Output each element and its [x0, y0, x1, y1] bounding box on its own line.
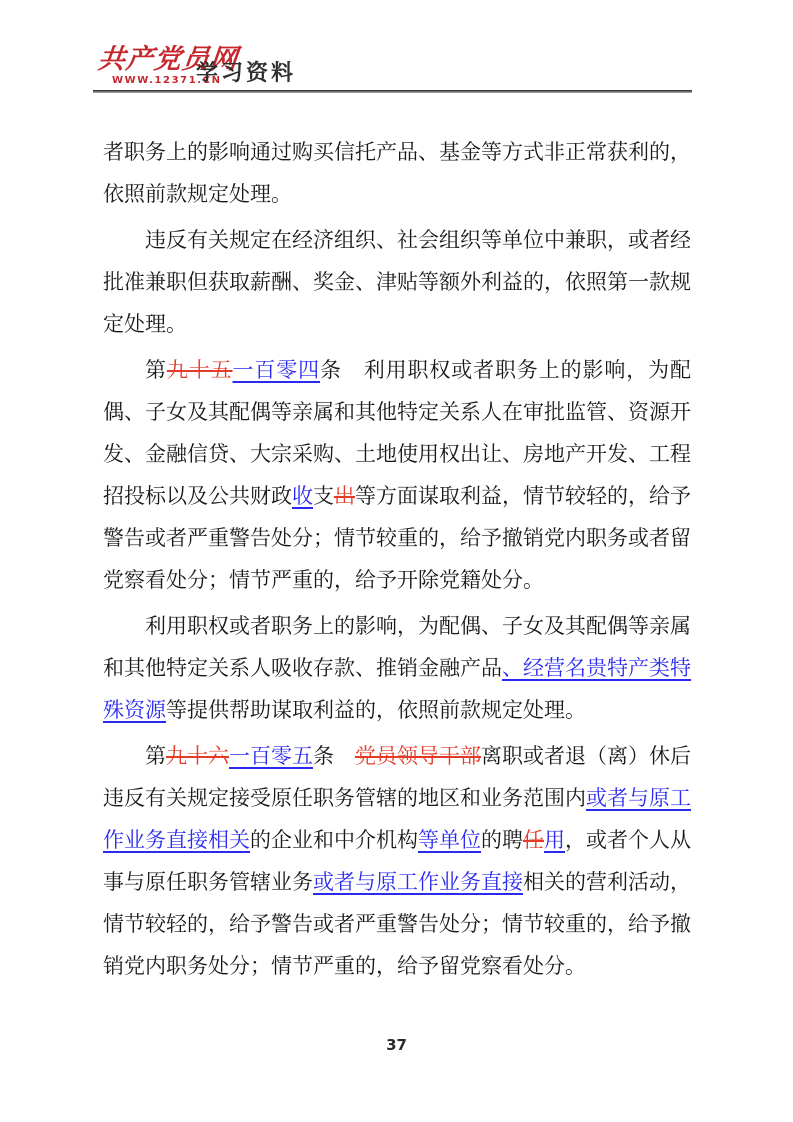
- page-number: 37: [386, 1036, 407, 1054]
- deleted-text: 任: [523, 828, 544, 852]
- inserted-text: 收: [292, 484, 313, 508]
- inserted-text: 等单位: [418, 828, 481, 852]
- body-text: 第: [145, 744, 166, 768]
- body-text: 违反有关规定在经济组织、社会组织等单位中兼职，或者经批准兼职但获取薪酬、奖金、津…: [103, 228, 691, 336]
- body-text: 的聘: [481, 828, 523, 852]
- body-text: 支: [313, 484, 334, 508]
- deleted-text: 九十六: [166, 744, 229, 768]
- paragraph-2: 违反有关规定在经济组织、社会组织等单位中兼职，或者经批准兼职但获取薪酬、奖金、津…: [103, 219, 691, 345]
- inserted-text: 或者与原工作业务直接: [313, 870, 523, 894]
- header-tagline: 学习资料: [196, 56, 296, 87]
- body-text: 的企业和中介机构: [250, 828, 418, 852]
- paragraph-4: 利用职权或者职务上的影响，为配偶、子女及其配偶等亲属和其他特定关系人吸收存款、推…: [103, 605, 691, 731]
- header-divider-rule: [93, 90, 692, 93]
- inserted-text: 一百零四: [233, 358, 321, 382]
- body-text: 第: [145, 358, 167, 382]
- inserted-text: 一百零五: [229, 744, 313, 768]
- deleted-text: 出: [334, 484, 355, 508]
- body-text: 条: [313, 744, 355, 768]
- document-page: 共产党员网 WWW.12371.CN 学习资料 者职务上的影响通过购买信托产品、…: [0, 0, 793, 1122]
- body-text: 者职务上的影响通过购买信托产品、基金等方式非正常获利的，依照前款规定处理。: [103, 140, 691, 206]
- deleted-text: 九十五: [167, 358, 233, 382]
- document-body: 者职务上的影响通过购买信托产品、基金等方式非正常获利的，依照前款规定处理。违反有…: [103, 131, 691, 991]
- paragraph-1: 者职务上的影响通过购买信托产品、基金等方式非正常获利的，依照前款规定处理。: [103, 131, 691, 215]
- deleted-text: 党员领导干部: [355, 744, 481, 768]
- body-text: 等提供帮助谋取利益的，依照前款规定处理。: [166, 698, 586, 722]
- paragraph-3: 第九十五一百零四条 利用职权或者职务上的影响，为配偶、子女及其配偶等亲属和其他特…: [103, 349, 691, 601]
- inserted-text: 用: [544, 828, 565, 852]
- page-footer: 37: [0, 1035, 793, 1054]
- paragraph-5: 第九十六一百零五条 党员领导干部离职或者退（离）休后违反有关规定接受原任职务管辖…: [103, 735, 691, 987]
